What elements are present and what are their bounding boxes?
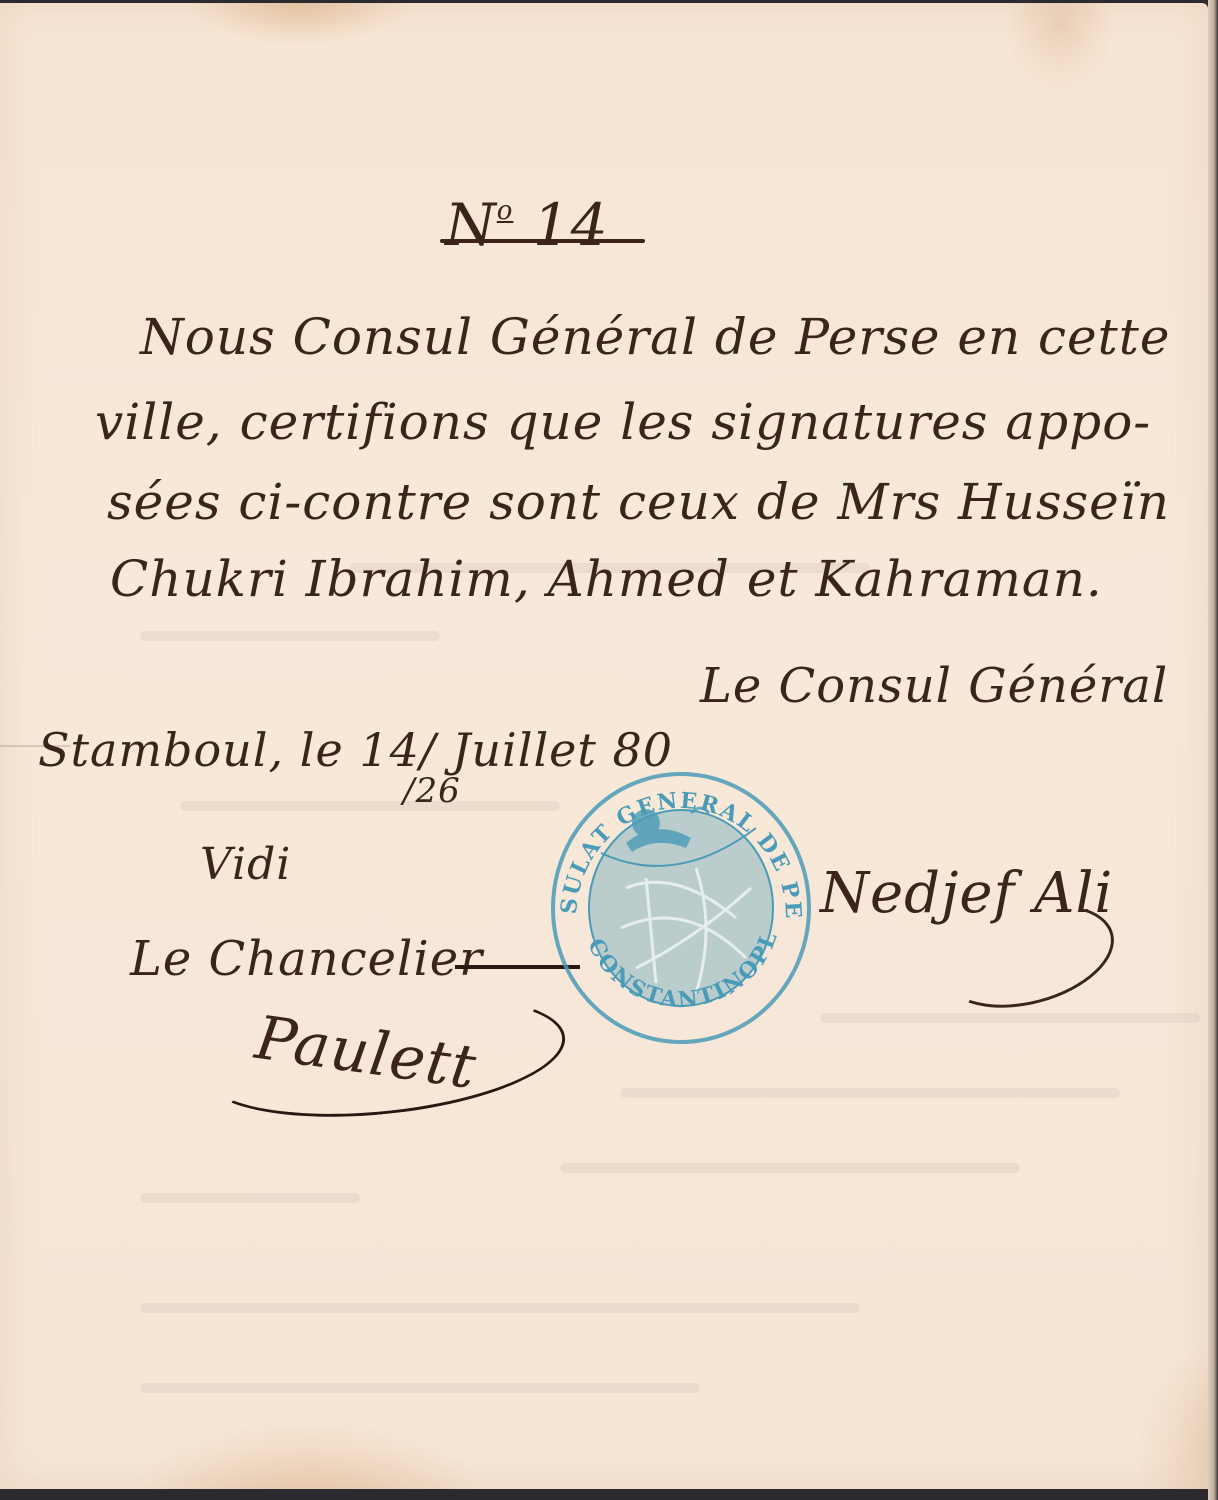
body-line-3: sées ci-contre sont ceux de Mrs Husseïn <box>107 473 1170 531</box>
page-edge <box>1208 0 1218 1500</box>
body-line-1: Nous Consul Général de Perse en cette <box>140 308 1170 366</box>
chancellor-title: Le Chancelier <box>130 931 483 987</box>
bleed-through <box>140 1303 860 1313</box>
number-value: 14 <box>533 191 609 259</box>
number-prefix: N <box>445 191 497 259</box>
bleed-through <box>560 1163 1020 1173</box>
body-line-4: Chukri Ibrahim, Ahmed et Kahraman. <box>110 550 1103 608</box>
number-underline <box>440 239 645 243</box>
document-number: No 14 <box>445 191 609 259</box>
bleed-through <box>140 631 440 641</box>
body-line-2: ville, certifions que les signatures app… <box>95 393 1151 451</box>
number-sup: o <box>497 196 514 226</box>
stamp-seal-icon: CONSULAT GENERAL DE PERSE A CONSTANTINOP… <box>546 768 816 1048</box>
bleed-through <box>620 1088 1120 1098</box>
document-page: No 14 Nous Consul Général de Perse en ce… <box>0 3 1208 1489</box>
bleed-through <box>820 1013 1200 1023</box>
signatory-title: Le Consul Général <box>700 658 1168 714</box>
consulate-stamp: CONSULAT GENERAL DE PERSE A CONSTANTINOP… <box>546 768 816 1048</box>
bleed-through <box>140 1383 700 1393</box>
bleed-through <box>140 1193 360 1203</box>
date-alt-day: /26 <box>403 771 461 811</box>
vidi-note: Vidi <box>200 839 291 890</box>
bleed-through <box>180 801 560 811</box>
